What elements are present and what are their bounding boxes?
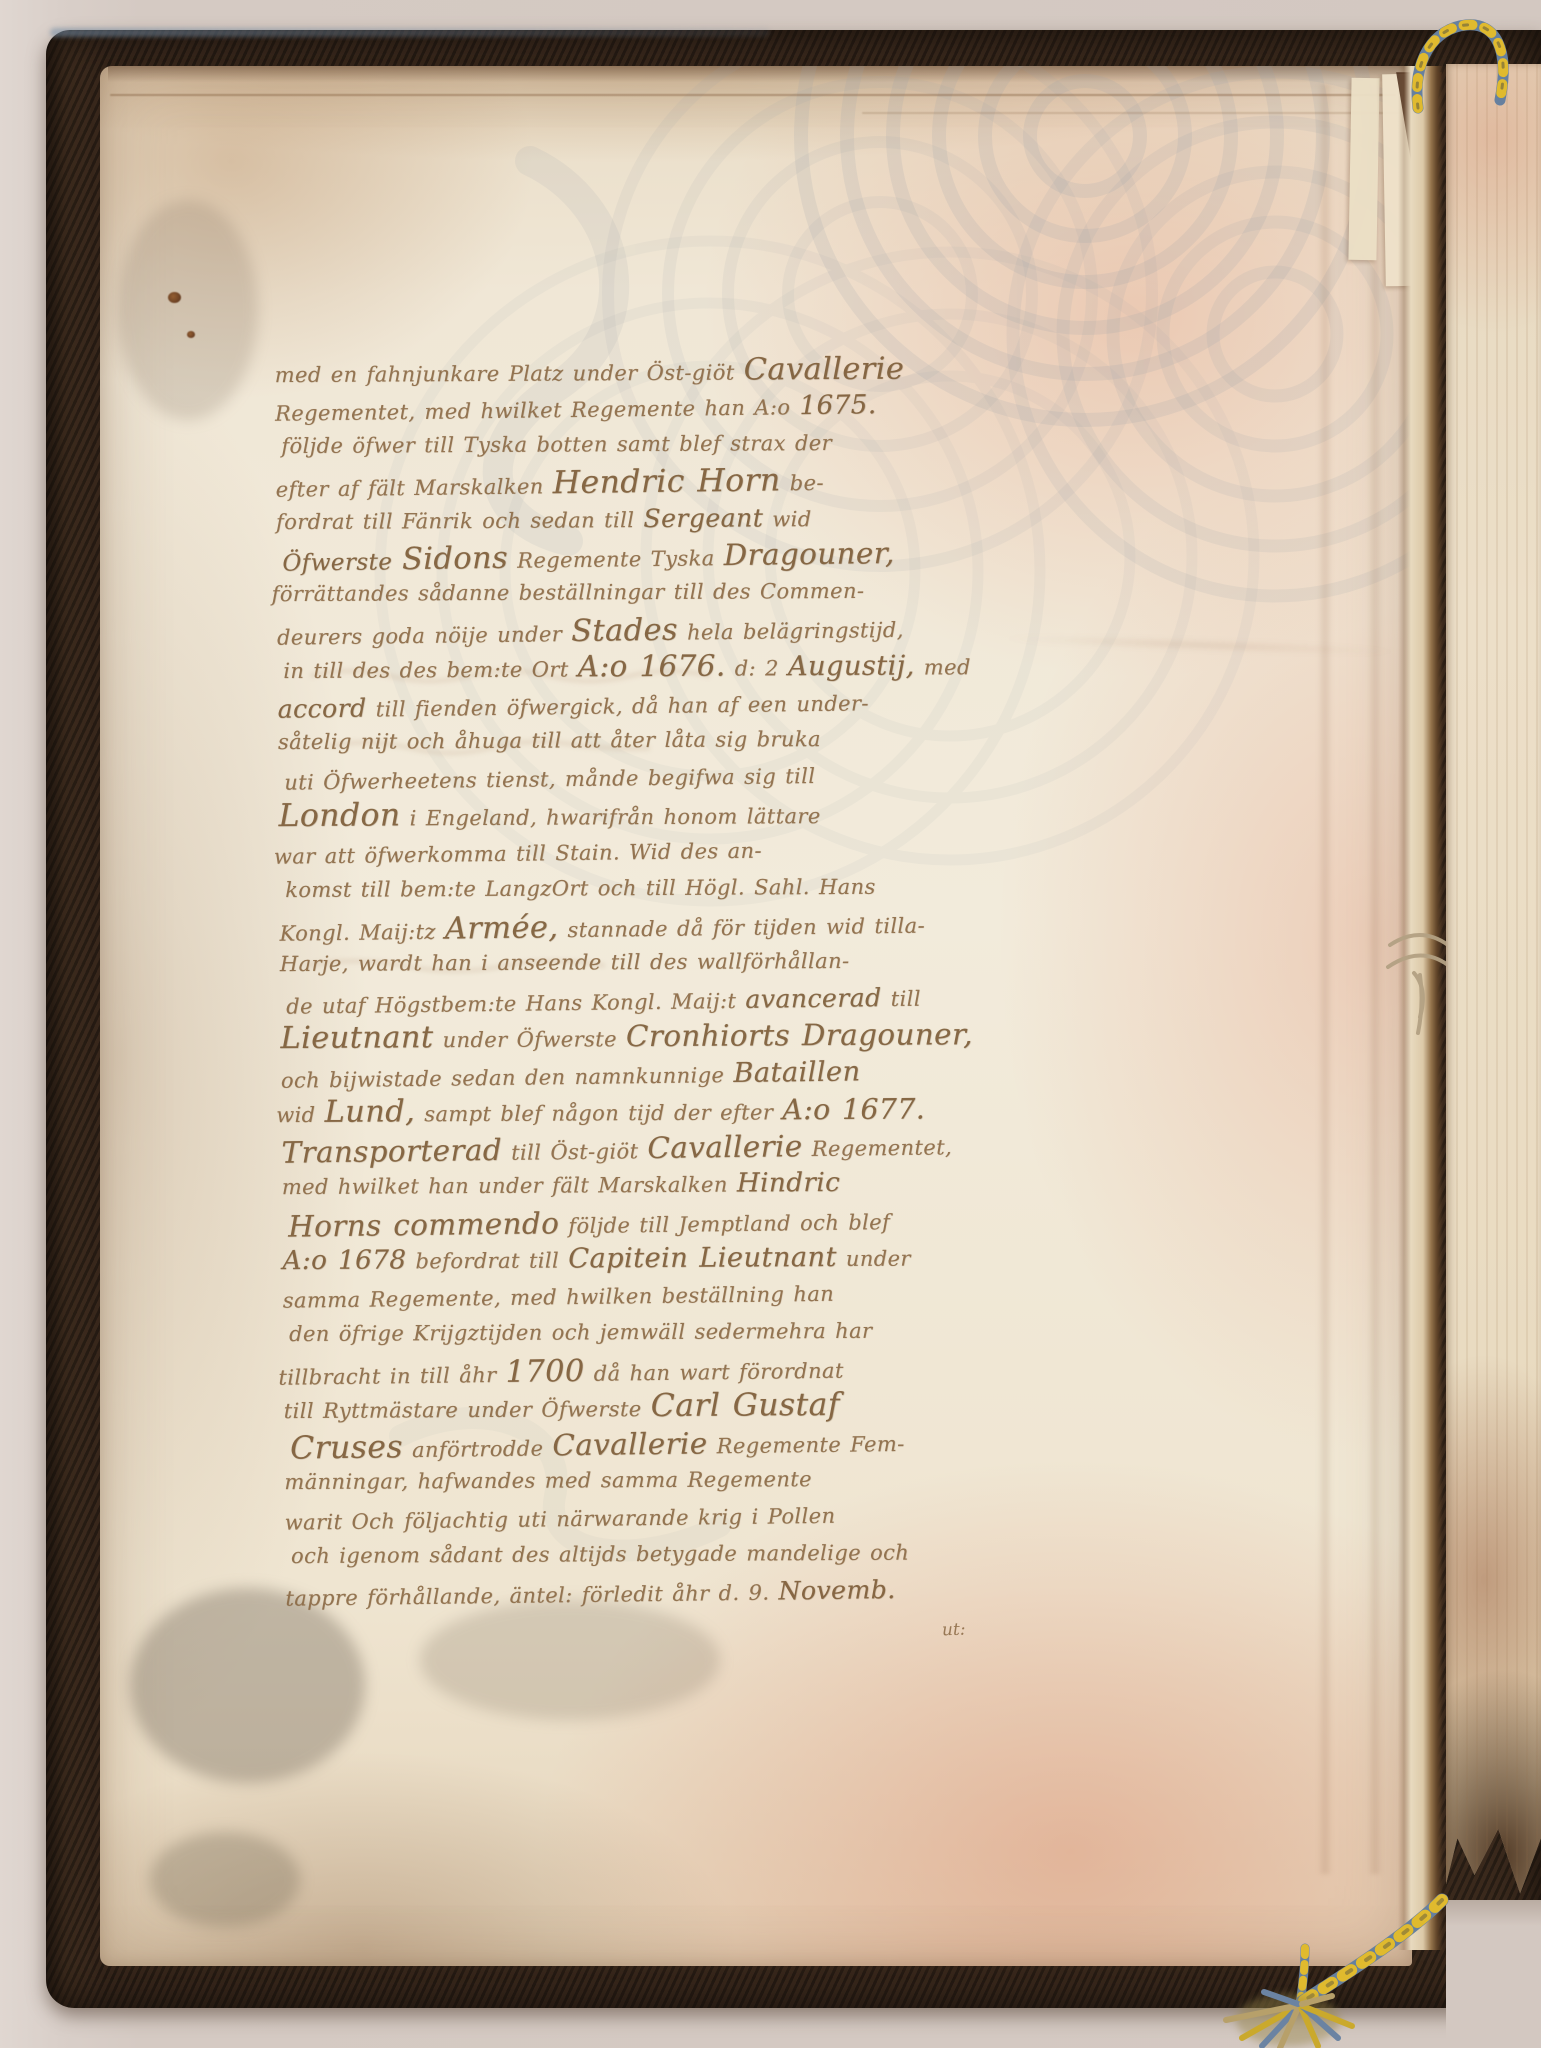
manuscript-line: in till des des bem:te Ort A:o 1676. d: … [283,646,1025,687]
text-block: med en fahnjunkare Platz under Öst-giöt … [275,349,1034,1613]
manuscript-line: Lieutnant under Öfwerste Cronhiorts Drag… [280,1016,1028,1057]
manuscript-line: London i Engeland, hwarifrån honom lätta… [278,794,1026,835]
manuscript-line: fordrat till Fänrik och sedan till Serge… [276,498,1024,539]
manuscript-line: A:o 1678 befordrat till Capitein Lieutna… [282,1238,1030,1279]
grime-smudge [150,1832,300,1927]
page-top-shadow [108,66,1412,82]
scanned-manuscript: med en fahnjunkare Platz under Öst-giöt … [0,0,1541,2048]
grime-smudge [420,1600,720,1720]
manuscript-line: den öfrige Krijgztijden och jemwäll sede… [289,1312,1031,1353]
torn-page-flap [1348,78,1379,260]
catchword: ut: [942,1620,966,1641]
leaf-edge-line [110,94,1396,96]
manuscript-line: männingar, hafwandes med samma Regemente [284,1460,1032,1501]
manuscript-line: följde öfwer till Tyska botten samt blef… [281,424,1023,465]
manuscript-line: med en fahnjunkare Platz under Öst-giöt … [275,350,1023,391]
cover-edge-highlight [50,28,770,37]
page-wrinkle [1318,84,1332,1874]
page-wrinkle [1368,84,1382,1874]
grime-smudge [118,200,258,420]
manuscript-line: till Ryttmästare under Öfwerste Carl Gus… [284,1386,1032,1427]
manuscript-line: Harje, wardt han i anseende till des wal… [280,942,1028,983]
manuscript-line: komst till bem:te LangzOrt och till Högl… [285,868,1027,909]
manuscript-line: med hwilket han under fält Marskalken Hi… [282,1164,1030,1205]
manuscript-line: förrättandes sådanne beställningar till … [272,572,1025,613]
manuscript-line: wid Lund, sampt blef någon tijd der efte… [276,1090,1029,1131]
scanner-background [1446,1900,1541,2048]
gutter-fold [1398,66,1450,1950]
grime-smudge [130,1588,365,1783]
manuscript-line: såtelig nijt och åhuga till att åter låt… [278,720,1026,761]
page-stack-edge [1446,64,1541,1912]
manuscript-line: och igenom sådant des altijds betygade m… [291,1534,1033,1575]
